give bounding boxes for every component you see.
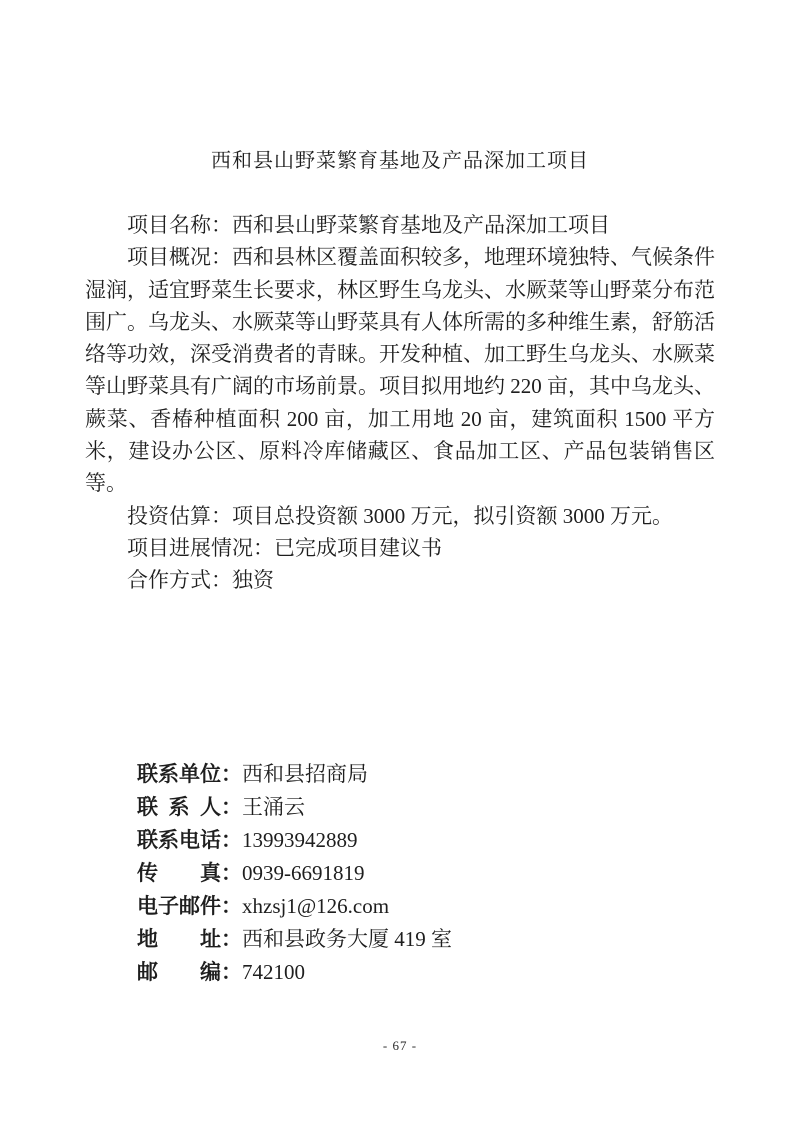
contact-colon: ： xyxy=(221,795,242,819)
paragraph-project-overview: 项目概况：西和县林区覆盖面积较多，地理环境独特、气候条件湿润，适宜野菜生长要求，… xyxy=(85,241,715,499)
contact-label-person: 联系人 xyxy=(137,791,221,824)
contact-label-unit: 联系单位 xyxy=(137,758,221,791)
contact-colon: ： xyxy=(221,927,242,951)
paragraph-investment-estimate: 投资估算：项目总投资额 3000 万元，拟引资额 3000 万元。 xyxy=(85,500,715,532)
contact-colon: ： xyxy=(221,861,242,885)
contact-label-fax: 传真 xyxy=(137,857,221,890)
contact-value-email: xhzsj1@126.com xyxy=(242,894,389,918)
contact-label-phone: 联系电话 xyxy=(137,824,221,857)
contact-row-address: 地址：西和县政务大厦 419 室 xyxy=(137,923,800,956)
contact-value-address: 西和县政务大厦 419 室 xyxy=(242,927,452,951)
contact-row-phone: 联系电话：13993942889 xyxy=(137,824,800,857)
contact-row-person: 联系人：王涌云 xyxy=(137,791,800,824)
contact-row-postcode: 邮编：742100 xyxy=(137,956,800,989)
document-page: 西和县山野菜繁育基地及产品深加工项目 项目名称：西和县山野菜繁育基地及产品深加工… xyxy=(0,0,800,1131)
contact-value-unit: 西和县招商局 xyxy=(242,762,368,786)
contact-colon: ： xyxy=(221,894,242,918)
contact-label-email: 电子邮件 xyxy=(137,890,221,923)
contact-colon: ： xyxy=(221,960,242,984)
contact-row-unit: 联系单位：西和县招商局 xyxy=(137,758,800,791)
paragraph-project-progress: 项目进展情况：已完成项目建议书 xyxy=(85,532,715,564)
contact-label-postcode: 邮编 xyxy=(137,956,221,989)
contact-label-address: 地址 xyxy=(137,923,221,956)
contact-colon: ： xyxy=(221,762,242,786)
contact-row-email: 电子邮件：xhzsj1@126.com xyxy=(137,890,800,923)
page-number: - 67 - xyxy=(0,1038,800,1054)
contact-value-person: 王涌云 xyxy=(242,795,305,819)
contact-value-postcode: 742100 xyxy=(242,960,305,984)
paragraph-cooperation-mode: 合作方式：独资 xyxy=(85,564,715,596)
contact-colon: ： xyxy=(221,828,242,852)
paragraph-project-name: 项目名称：西和县山野菜繁育基地及产品深加工项目 xyxy=(85,209,715,241)
contact-value-fax: 0939-6691819 xyxy=(242,861,365,885)
contact-info-block: 联系单位：西和县招商局 联系人：王涌云 联系电话：13993942889 传真：… xyxy=(137,758,800,989)
contact-row-fax: 传真：0939-6691819 xyxy=(137,857,800,890)
contact-value-phone: 13993942889 xyxy=(242,828,358,852)
document-title: 西和县山野菜繁育基地及产品深加工项目 xyxy=(0,0,800,173)
document-body: 项目名称：西和县山野菜繁育基地及产品深加工项目 项目概况：西和县林区覆盖面积较多… xyxy=(85,209,715,597)
